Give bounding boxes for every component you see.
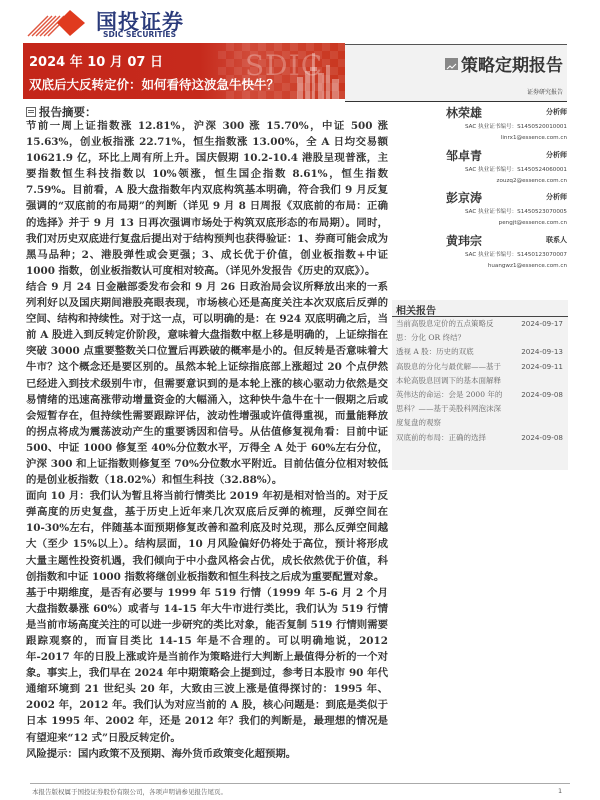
abstract-paragraph: 节前一周上证指数涨 12.81%，沪深 300 涨 15.70%，中证 500 … xyxy=(26,118,388,279)
analyst-name: 彭京涛 xyxy=(446,189,482,206)
analyst-card: 邹卓青 分析师 SAC 执业证书编号：S1450524060001 zouzq2… xyxy=(446,147,567,190)
analyst-list: 林荣雄 分析师 SAC 执业证书编号：S1450520010001 linrx1… xyxy=(446,104,567,274)
page-number: 1 xyxy=(558,787,562,795)
related-report-date: 2024-09-08 xyxy=(521,388,563,402)
related-report-item[interactable]: 高股息的分化与最优解——基于本轮高股息回调下的基本面解释 2024-09-11 xyxy=(392,360,568,388)
risk-warning: 风险提示：国内政策不及预期、海外货币政策变化超预期。 xyxy=(26,746,388,762)
analyst-email[interactable]: huangwz1@essence.com.cn xyxy=(488,263,567,269)
footer-disclaimer: 本报告版权属于国投证券股份有限公司，各项声明请参见报告尾页。 xyxy=(32,787,227,796)
report-type-box: 策略定期报告 证券研究报告 xyxy=(345,44,567,102)
skyline-icon xyxy=(293,43,345,99)
related-report-title[interactable]: 英伟达的命运：会是 2000 年的思科？——基于美股科网泡沫深度复盘的观察 xyxy=(396,388,508,431)
related-report-date: 2024-09-13 xyxy=(521,345,563,359)
related-report-date: 2024-09-11 xyxy=(521,360,563,374)
related-report-date: 2024-09-08 xyxy=(521,431,563,445)
analyst-name: 邹卓青 xyxy=(446,147,482,164)
analyst-sac-number: SAC 执业证书编号：S1450523070005 xyxy=(465,207,567,215)
related-report-item[interactable]: 透视 A 股：历史的双底 2024-09-13 xyxy=(392,345,568,359)
list-icon xyxy=(26,107,36,117)
analyst-name: 黄玮宗 xyxy=(446,232,482,249)
abstract-paragraph: 基于中期维度，是否有必要与 1999 年 519 行情（1999 年 5-6 月… xyxy=(26,585,388,746)
related-report-item[interactable]: 英伟达的命运：会是 2000 年的思科？——基于美股科网泡沫深度复盘的观察 20… xyxy=(392,388,568,431)
chart-icon xyxy=(445,58,458,70)
report-type-title: 策略定期报告 xyxy=(445,51,563,76)
analyst-sac-number: SAC 执业证书编号：S1450524060001 xyxy=(465,165,567,173)
analyst-card: 林荣雄 分析师 SAC 执业证书编号：S1450520010001 linrx1… xyxy=(446,104,567,147)
analyst-role: 分析师 xyxy=(546,107,567,117)
related-report-title[interactable]: 高股息的分化与最优解——基于本轮高股息回调下的基本面解释 xyxy=(396,360,508,388)
related-report-title[interactable]: 透视 A 股：历史的双底 xyxy=(396,345,508,359)
analyst-sac-number: SAC 执业证书编号：S1450123070007 xyxy=(465,250,567,258)
analyst-card: 黄玮宗 联系人 SAC 执业证书编号：S1450123070007 huangw… xyxy=(446,232,567,275)
related-report-title[interactable]: 当前高股息定价的五点策略反思：分化 OR 终结？ xyxy=(396,317,508,345)
related-report-date: 2024-09-17 xyxy=(521,317,563,331)
related-report-item[interactable]: 双底前的布局：正确的选择 2024-09-08 xyxy=(392,431,568,445)
footer-divider xyxy=(30,783,570,784)
analyst-sac-number: SAC 执业证书编号：S1450520010001 xyxy=(465,122,567,130)
related-reports-panel: 相关报告 当前高股息定价的五点策略反思：分化 OR 终结？ 2024-09-17… xyxy=(392,300,568,470)
analyst-email[interactable]: zouzq2@essence.com.cn xyxy=(497,178,567,184)
abstract-body: 节前一周上证指数涨 12.81%，沪深 300 涨 15.70%，中证 500 … xyxy=(26,118,388,762)
analyst-email[interactable]: pengjt@essence.com.cn xyxy=(499,220,567,226)
analyst-role: 联系人 xyxy=(546,235,567,245)
abstract-paragraph: 结合 9 月 24 日金融部委发布会和 9 月 26 日政治局会议所释放出来的一… xyxy=(26,279,388,488)
analyst-name: 林荣雄 xyxy=(446,104,482,121)
company-logo: 国投证券 SDIC SECURITIES xyxy=(26,6,196,40)
related-report-title[interactable]: 双底前的布局：正确的选择 xyxy=(396,431,508,445)
related-report-item[interactable]: 当前高股息定价的五点策略反思：分化 OR 终结？ 2024-09-17 xyxy=(392,317,568,345)
report-date: 2024 年 10 月 07 日 xyxy=(29,51,163,70)
report-title: 双底后大反转定价：如何看待这波急牛快牛？ xyxy=(29,75,279,93)
report-banner: SDIC 2024 年 10 月 07 日 双底后大反转定价：如何看待这波急牛快… xyxy=(23,43,345,99)
sdic-logo-icon xyxy=(26,8,88,38)
report-type-label: 策略定期报告 xyxy=(461,51,563,76)
analyst-email[interactable]: linrx1@essence.com.cn xyxy=(501,135,567,141)
analyst-card: 彭京涛 分析师 SAC 执业证书编号：S1450523070005 pengjt… xyxy=(446,189,567,232)
analyst-role: 分析师 xyxy=(546,192,567,202)
report-subtype: 证券研究报告 xyxy=(527,87,563,96)
logo-english-name: SDIC SECURITIES xyxy=(103,30,176,39)
abstract-paragraph: 面向 10 月：我们认为暂且将当前行情类比 2019 年初是相对恰当的。对于反弹… xyxy=(26,488,388,585)
related-reports-heading: 相关报告 xyxy=(392,300,568,317)
analyst-role: 分析师 xyxy=(546,150,567,160)
